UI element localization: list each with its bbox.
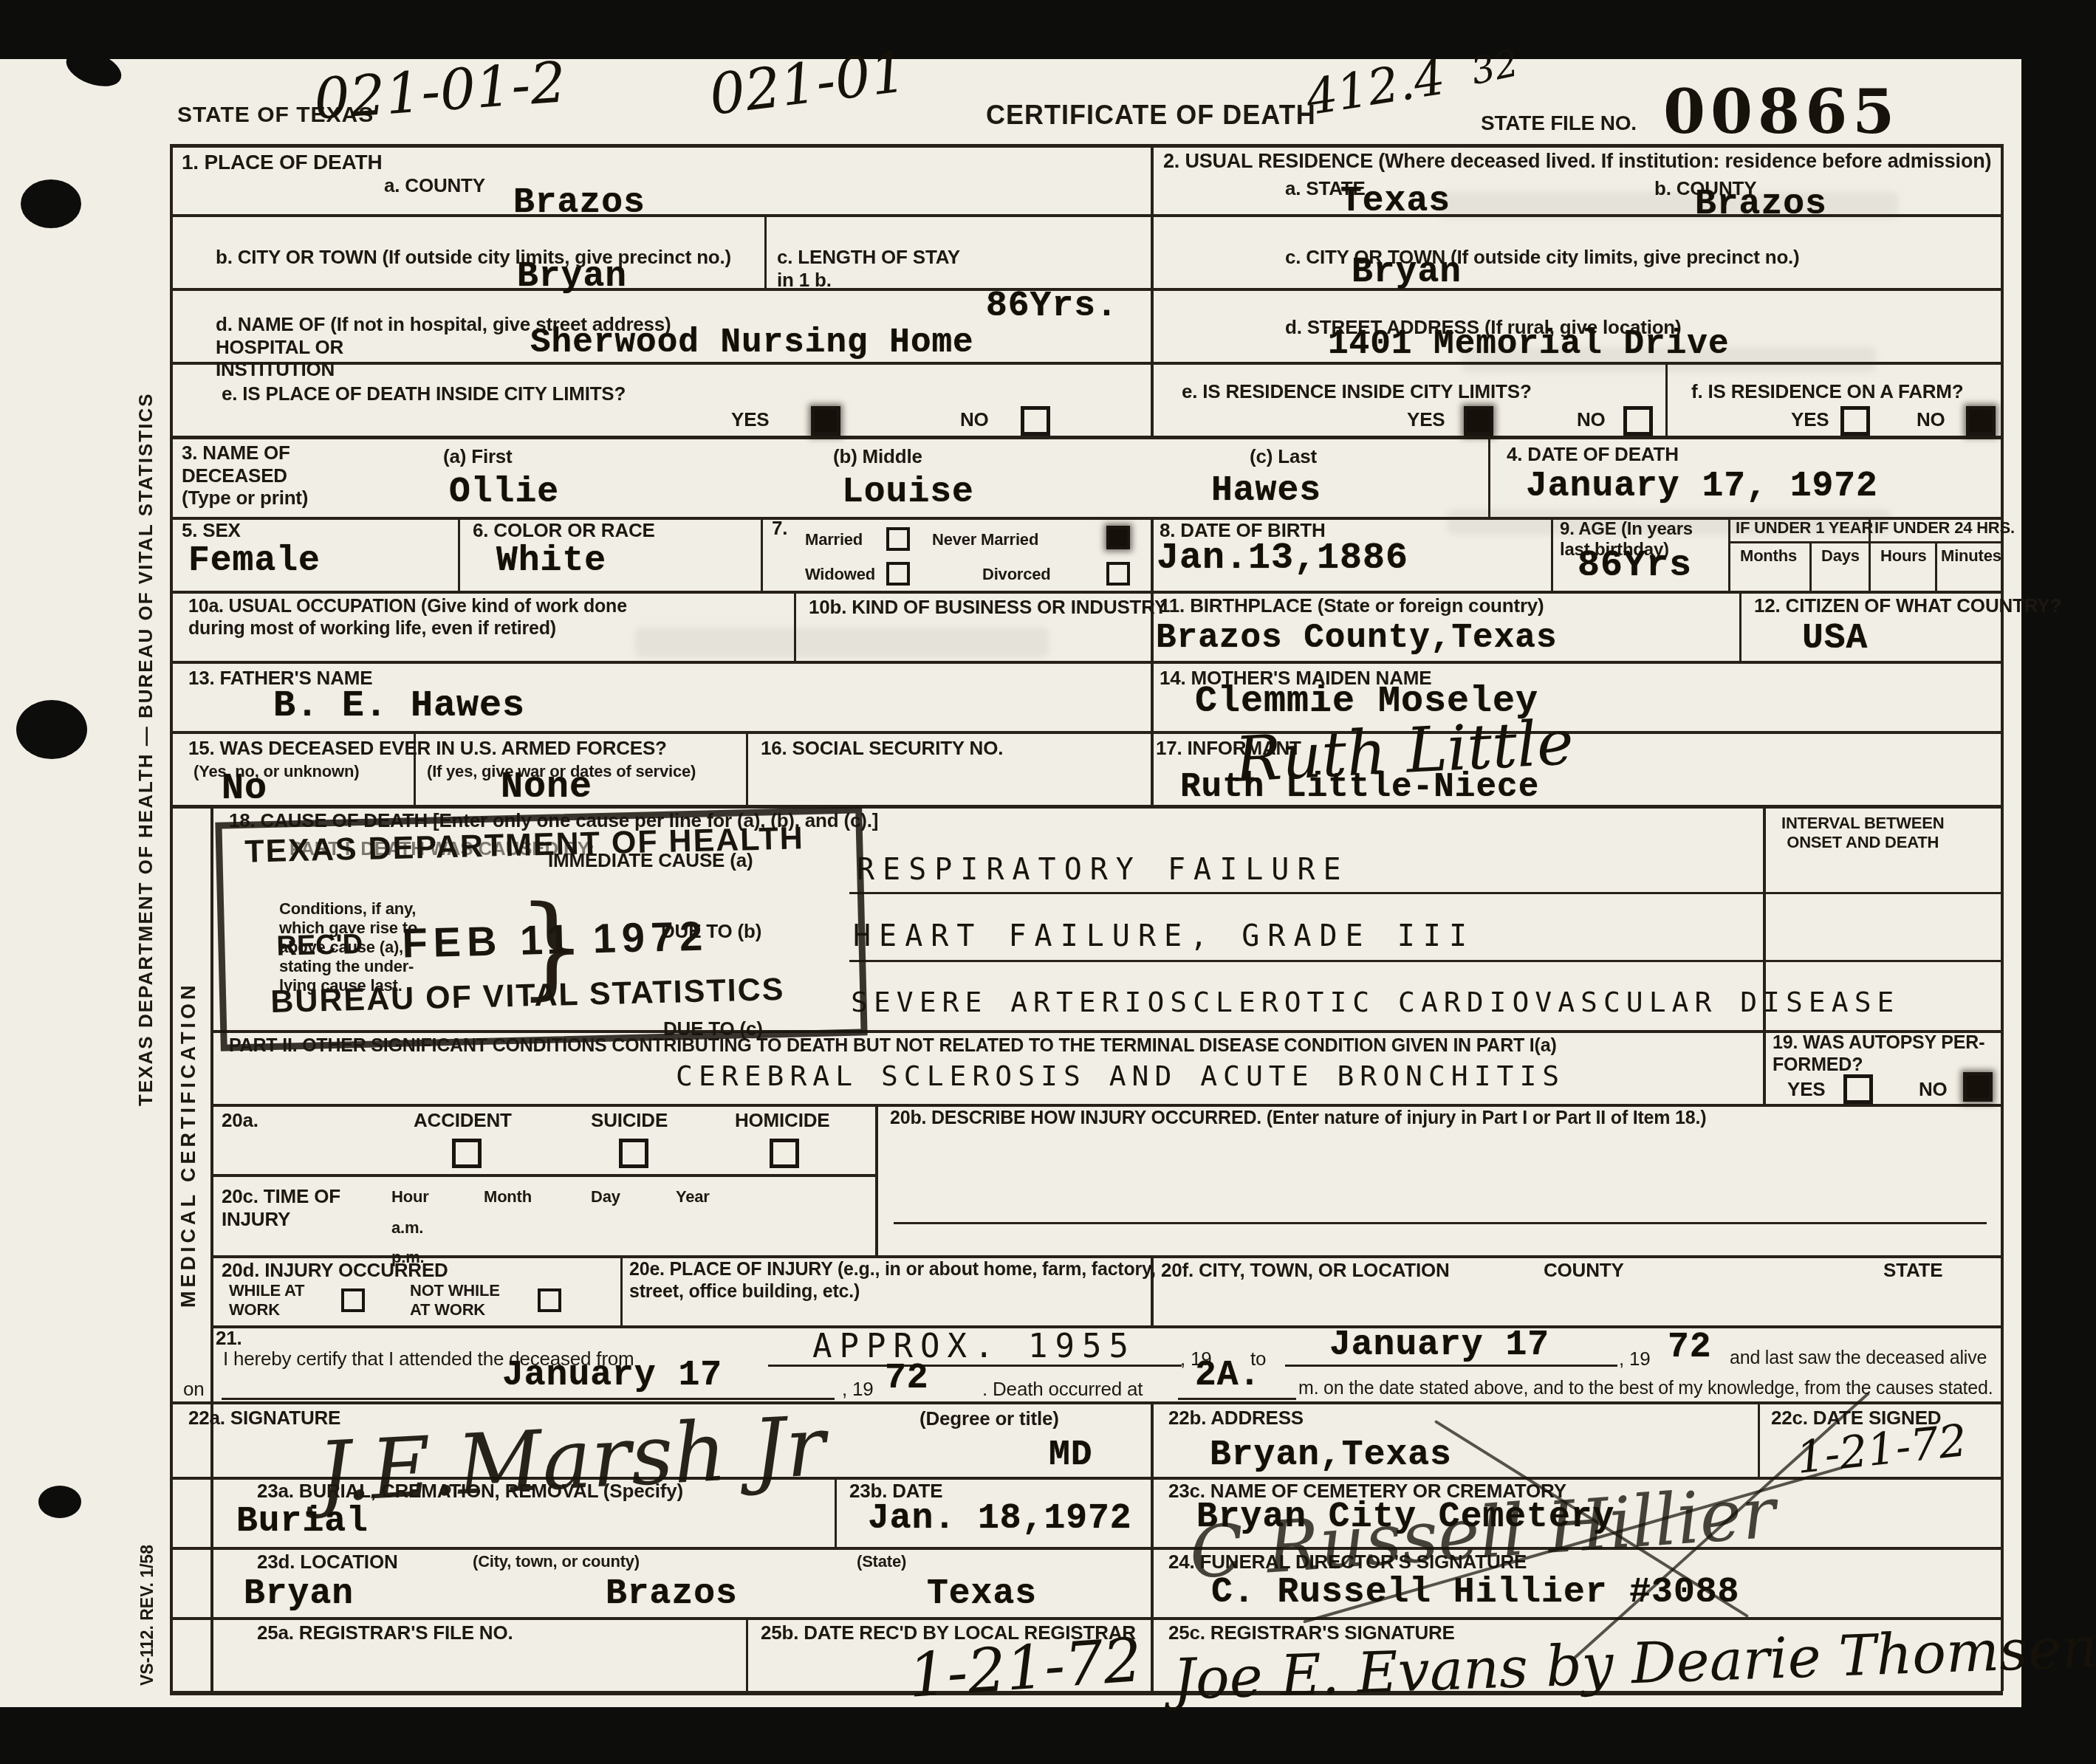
scanned-death-certificate: TEXAS DEPARTMENT OF HEALTH — BUREAU OF V… xyxy=(0,0,2096,1764)
certify-alive-text: and last saw the deceased alive xyxy=(1730,1348,1987,1370)
bleed-through xyxy=(635,628,1049,657)
last-saw-year: 72 xyxy=(885,1359,929,1398)
grid-line xyxy=(1151,144,1154,436)
minutes-label: Minutes xyxy=(1941,546,2001,566)
stamp-date: FEB 11 1972 xyxy=(402,911,709,967)
armed-forces-value: No xyxy=(222,768,267,810)
last-saw-date: January 17 xyxy=(502,1356,722,1396)
institution-value: Sherwood Nursing Home xyxy=(530,323,974,362)
business-label: 10b. KIND OF BUSINESS OR INDUSTRY xyxy=(809,596,1167,619)
grid-line xyxy=(170,805,2003,809)
armed-forces-label: 15. WAS DECEASED EVER IN U.S. ARMED FORC… xyxy=(188,737,667,760)
ssn-label: 16. SOCIAL SECURITY NO. xyxy=(761,737,1003,760)
length-of-stay-value: 86Yrs. xyxy=(986,286,1118,326)
widowed-checkbox xyxy=(886,562,910,586)
grid-line xyxy=(1151,1401,1154,1691)
scan-edge-right xyxy=(2021,0,2096,1764)
pod-limits-yes-checkbox-checked xyxy=(811,406,840,436)
grid-line xyxy=(835,1477,837,1547)
stamp-line3: BUREAU OF VITAL STATISTICS xyxy=(270,972,785,1020)
war-service-value: None xyxy=(501,766,592,809)
grid-line xyxy=(1739,591,1741,661)
grid-line xyxy=(620,1255,623,1325)
scan-edge-bottom xyxy=(0,1707,2096,1764)
divorced-label: Divorced xyxy=(982,565,1051,584)
side-department-label: TEXAS DEPARTMENT OF HEALTH — BUREAU OF V… xyxy=(134,222,157,1277)
pod-county-label: a. COUNTY xyxy=(384,174,485,197)
pod-city-label: b. CITY OR TOWN (If outside city limits,… xyxy=(216,246,731,269)
attended-to-value: January 17 xyxy=(1329,1325,1549,1365)
grid-line xyxy=(170,436,2003,439)
res-limits-yes-checkbox-checked xyxy=(1464,406,1493,436)
race-label: 6. COLOR OR RACE xyxy=(473,519,655,542)
injury-county-label: COUNTY xyxy=(1544,1259,1624,1282)
interval-label: INTERVAL BETWEEN ONSET AND DEATH xyxy=(1781,814,1945,852)
pod-limits-yes-label: YES xyxy=(731,408,769,431)
cause-b-underline xyxy=(849,960,1763,962)
grid-line xyxy=(1935,541,1937,591)
grid-line xyxy=(210,1255,2003,1258)
writing-line xyxy=(894,1222,1987,1224)
death-occurred-at-text: . Death occurred at xyxy=(982,1378,1143,1401)
how-injury-occurred-label: 20b. DESCRIBE HOW INJURY OCCURRED. (Ente… xyxy=(890,1108,1706,1130)
degree-value: MD xyxy=(1049,1435,1093,1475)
autopsy-yes-checkbox xyxy=(1843,1074,1873,1104)
grid-line xyxy=(170,661,2003,664)
divorced-checkbox xyxy=(1106,562,1130,586)
res-city-limits-label: e. IS RESIDENCE INSIDE CITY LIMITS? xyxy=(1182,380,1532,403)
usual-residence-title: 2. USUAL RESIDENCE (Where deceased lived… xyxy=(1163,150,1991,174)
burial-date-value: Jan. 18,1972 xyxy=(868,1499,1132,1539)
race-value: White xyxy=(496,541,606,581)
certificate-title: CERTIFICATE OF DEATH xyxy=(986,100,1316,131)
cause-a-value: RESPIRATORY FAILURE xyxy=(857,853,1349,887)
certify-19-b: , 19 xyxy=(1619,1348,1651,1370)
hours-label: Hours xyxy=(1880,546,1927,566)
while-at-work-label: WHILE AT WORK xyxy=(229,1281,304,1319)
middle-name-value: Louise xyxy=(842,473,974,512)
grid-line xyxy=(1665,362,1668,436)
grid-line xyxy=(170,731,2003,734)
widowed-label: Widowed xyxy=(805,565,875,584)
scan-blemish xyxy=(38,1486,81,1518)
certify-19-c: , 19 xyxy=(842,1378,874,1401)
grid-line xyxy=(170,144,173,1691)
grid-line xyxy=(746,731,748,805)
first-name-value: Ollie xyxy=(449,473,559,512)
cause-a-underline xyxy=(849,892,1763,894)
stamp-recd: REC'D xyxy=(276,929,363,963)
grid-line xyxy=(1763,805,1766,1104)
res-farm-label: f. IS RESIDENCE ON A FARM? xyxy=(1691,380,1963,403)
not-while-at-work-label: NOT WHILE AT WORK xyxy=(410,1281,500,1319)
accident-checkbox xyxy=(452,1139,482,1168)
res-limits-no-label: NO xyxy=(1577,408,1606,431)
grid-line xyxy=(875,1104,878,1255)
occupation-label: 10a. USUAL OCCUPATION (Give kind of work… xyxy=(188,596,627,639)
location-city-value: Bryan xyxy=(244,1574,354,1614)
injury-city-label: 20f. CITY, TOWN, OR LOCATION xyxy=(1161,1259,1450,1282)
writing-line xyxy=(222,1398,835,1400)
citizen-value: USA xyxy=(1802,619,1868,659)
autopsy-no-label: NO xyxy=(1919,1078,1948,1101)
injury-state-label: STATE xyxy=(1883,1259,1942,1282)
suicide-checkbox xyxy=(619,1139,648,1168)
res-farm-yes-label: YES xyxy=(1791,408,1829,431)
suicide-label: SUICIDE xyxy=(591,1109,668,1132)
registrar-file-label: 25a. REGISTRAR'S FILE NO. xyxy=(257,1621,513,1644)
day-label: Day xyxy=(591,1187,620,1207)
res-limits-yes-label: YES xyxy=(1407,408,1445,431)
part2-value: CEREBRAL SCLEROSIS AND ACUTE BRONCHITIS xyxy=(676,1060,1565,1092)
burial-location-label: 23d. LOCATION xyxy=(257,1551,397,1573)
res-county-value: Brazos xyxy=(1695,185,1827,224)
never-married-label: Never Married xyxy=(932,530,1038,549)
marital-status-label: 7. xyxy=(772,517,787,540)
grid-line xyxy=(170,1401,2003,1404)
burial-type-value: Burial xyxy=(236,1502,369,1542)
if-under-24-hrs-label: IF UNDER 24 HRS. xyxy=(1874,518,2015,538)
grid-line xyxy=(1488,436,1490,517)
citizen-label: 12. CITIZEN OF WHAT COUNTRY? xyxy=(1754,594,2061,617)
first-name-label: (a) First xyxy=(443,445,513,468)
am-label: a.m. xyxy=(391,1218,423,1238)
grid-line xyxy=(1758,1401,1760,1477)
stamp-line1: TEXAS DEPARTMENT OF HEALTH xyxy=(244,820,804,870)
grid-line xyxy=(170,591,2003,594)
grid-line xyxy=(170,1617,2003,1620)
hour-label: Hour xyxy=(391,1187,429,1207)
pod-limits-no-label: NO xyxy=(960,408,989,431)
not-while-at-work-checkbox xyxy=(538,1288,561,1312)
grid-line xyxy=(170,144,2003,148)
side-medical-certification-label: MEDICAL CERTIFICATION xyxy=(177,820,200,1469)
pod-city-value: Bryan xyxy=(517,257,627,297)
cause-b-value: HEART FAILURE, GRADE III xyxy=(853,919,1475,953)
grid-line xyxy=(1728,517,1730,591)
armed-forces-sub1: (Yes, no, or unknown) xyxy=(193,762,359,781)
burial-type-label: 23a. BURIAL, CREMATION, REMOVAL (Specify… xyxy=(257,1480,683,1503)
autopsy-label: 19. WAS AUTOPSY PER- FORMED? xyxy=(1773,1032,1984,1076)
res-farm-yes-checkbox xyxy=(1840,406,1870,436)
married-label: Married xyxy=(805,530,863,549)
homicide-label: HOMICIDE xyxy=(735,1109,829,1132)
accident-section-label: 20a. xyxy=(222,1109,258,1132)
grid-line xyxy=(210,1104,2003,1107)
birthplace-value: Brazos County,Texas xyxy=(1156,619,1558,657)
grid-line xyxy=(1728,541,2003,543)
place-of-injury-label: 20e. PLACE OF INJURY (e.g., in or about … xyxy=(629,1259,1156,1303)
injury-occurred-label: 20d. INJURY OCCURRED xyxy=(222,1259,448,1282)
attended-from-value: APPROX. 1955 xyxy=(812,1328,1136,1365)
certify-tail-text: m. on the date stated above, and to the … xyxy=(1298,1378,1993,1400)
name-of-deceased-label: 3. NAME OF DECEASED (Type or print) xyxy=(182,442,308,509)
res-farm-no-label: NO xyxy=(1917,408,1945,431)
res-street-value: 1401 Memorial Drive xyxy=(1328,325,1730,363)
time-of-injury-label: 20c. TIME OF INJURY xyxy=(222,1185,340,1230)
grid-line xyxy=(2001,144,2004,1691)
pod-limits-no-checkbox xyxy=(1021,406,1050,436)
birthplace-label: 11. BIRTHPLACE (State or foreign country… xyxy=(1160,594,1544,617)
grid-line xyxy=(1151,517,1154,805)
part2-label: PART II. OTHER SIGNIFICANT CONDITIONS CO… xyxy=(229,1035,1557,1057)
grid-line xyxy=(764,214,767,288)
homicide-checkbox xyxy=(770,1139,799,1168)
res-limits-no-checkbox xyxy=(1623,406,1653,436)
res-farm-no-checkbox-checked xyxy=(1966,406,1996,436)
state-file-number: 00865 xyxy=(1663,77,1900,148)
sex-label: 5. SEX xyxy=(182,519,241,542)
cause-c-value: SEVERE ARTERIOSCLEROTIC CARDIOVASCULAR D… xyxy=(851,986,1900,1018)
pod-city-limits-label: e. IS PLACE OF DEATH INSIDE CITY LIMITS? xyxy=(222,382,626,405)
days-label: Days xyxy=(1821,546,1860,566)
received-stamp: TEXAS DEPARTMENT OF HEALTH REC'D FEB 11 … xyxy=(215,806,867,1051)
attended-to-year: 72 xyxy=(1668,1328,1712,1367)
address-value: Bryan,Texas xyxy=(1210,1435,1452,1475)
if-under-1-year-label: IF UNDER 1 YEAR xyxy=(1736,518,1873,538)
res-state-value: Texas xyxy=(1340,182,1451,222)
grid-line xyxy=(1809,541,1812,591)
grid-line xyxy=(1551,517,1553,591)
grid-line xyxy=(746,1617,748,1691)
age-value: 86Yrs xyxy=(1578,545,1692,587)
year-label: Year xyxy=(676,1187,710,1207)
length-of-stay-label: c. LENGTH OF STAY in 1 b. xyxy=(777,246,960,291)
grid-line xyxy=(761,517,763,591)
grid-line xyxy=(1766,960,2001,962)
location-county-value: Brazos xyxy=(606,1574,738,1614)
last-name-label: (c) Last xyxy=(1250,445,1317,468)
scan-blemish xyxy=(16,700,87,759)
certify-on: on xyxy=(183,1378,205,1401)
autopsy-no-checkbox-checked xyxy=(1963,1072,1993,1102)
location-state-value: Texas xyxy=(927,1574,1037,1614)
autopsy-yes-label: YES xyxy=(1787,1078,1825,1101)
state-file-no-label: STATE FILE NO. xyxy=(1481,111,1637,135)
father-name-value: B. E. Hawes xyxy=(273,685,525,727)
death-time-value: 2A. xyxy=(1195,1356,1261,1396)
writing-line xyxy=(1178,1398,1296,1400)
location-city-sublabel: (City, town, or county) xyxy=(473,1552,640,1571)
grid-line xyxy=(210,805,213,1691)
pod-county-value: Brazos xyxy=(513,183,645,223)
date-of-death-value: January 17, 1972 xyxy=(1526,467,1878,507)
married-checkbox xyxy=(886,527,910,551)
scan-blemish xyxy=(21,179,81,228)
middle-name-label: (b) Middle xyxy=(833,445,922,468)
degree-or-title-label: (Degree or title) xyxy=(919,1407,1059,1430)
date-of-birth-value: Jan.13,1886 xyxy=(1157,538,1408,580)
months-label: Months xyxy=(1740,546,1797,566)
sex-value: Female xyxy=(188,541,321,581)
grid-line xyxy=(458,517,460,591)
grid-line xyxy=(1766,892,2001,894)
location-state-sublabel: (State) xyxy=(857,1552,906,1571)
never-married-checkbox-checked xyxy=(1106,526,1130,549)
certify-number: 21. xyxy=(216,1327,242,1350)
grid-line xyxy=(210,1174,875,1177)
month-label: Month xyxy=(484,1187,532,1207)
address-label: 22b. ADDRESS xyxy=(1168,1407,1304,1430)
scan-edge-top xyxy=(0,0,2096,59)
informant-typed-name: Ruth Little-Niece xyxy=(1180,768,1539,806)
last-name-value: Hawes xyxy=(1211,471,1321,511)
accident-label: ACCIDENT xyxy=(414,1109,512,1132)
side-form-number: VS-112. REV. 1/58 xyxy=(137,1536,157,1695)
place-of-death-title: 1. PLACE OF DEATH xyxy=(182,150,382,174)
while-at-work-checkbox xyxy=(341,1288,365,1312)
grid-line xyxy=(794,591,796,661)
date-of-death-label: 4. DATE OF DEATH xyxy=(1507,443,1679,466)
res-city-value: Bryan xyxy=(1352,253,1462,292)
